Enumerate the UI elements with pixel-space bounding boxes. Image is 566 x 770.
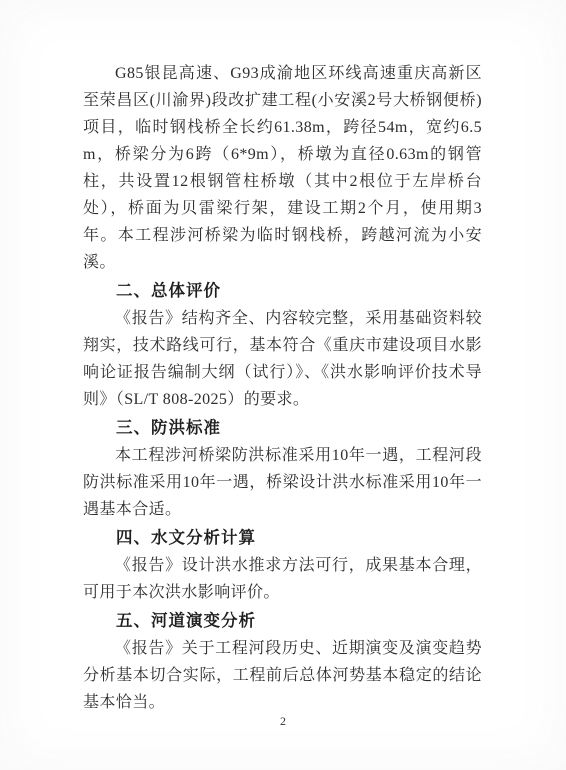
section-paragraph-hydrological-analysis: 《报告》设计洪水推求方法可行，成果基本合理，可用于本次洪水影响评价。 bbox=[83, 552, 482, 606]
section-heading-overall-evaluation: 二、总体评价 bbox=[83, 278, 482, 305]
section-heading-flood-control-standard: 三、防洪标准 bbox=[83, 415, 482, 442]
section-paragraph-river-evolution-analysis: 《报告》关于工程河段历史、近期演变及演变趋势分析基本切合实际，工程前后总体河势基… bbox=[83, 635, 482, 716]
section-paragraph-overall-evaluation: 《报告》结构齐全、内容较完整，采用基础资料较翔实，技术路线可行，基本符合《重庆市… bbox=[83, 305, 482, 413]
section-heading-river-evolution-analysis: 五、河道演变分析 bbox=[83, 608, 482, 635]
section-paragraph-flood-control-standard: 本工程涉河桥梁防洪标准采用10年一遇，工程河段防洪标准采用10年一遇，桥梁设计洪… bbox=[83, 442, 482, 523]
document-page: G85银昆高速、G93成渝地区环线高速重庆高新区至荣昌区(川渝界)段改扩建工程(… bbox=[0, 0, 566, 770]
section-heading-hydrological-analysis: 四、水文分析计算 bbox=[83, 525, 482, 552]
intro-paragraph: G85银昆高速、G93成渝地区环线高速重庆高新区至荣昌区(川渝界)段改扩建工程(… bbox=[83, 60, 482, 276]
page-number: 2 bbox=[0, 714, 566, 729]
